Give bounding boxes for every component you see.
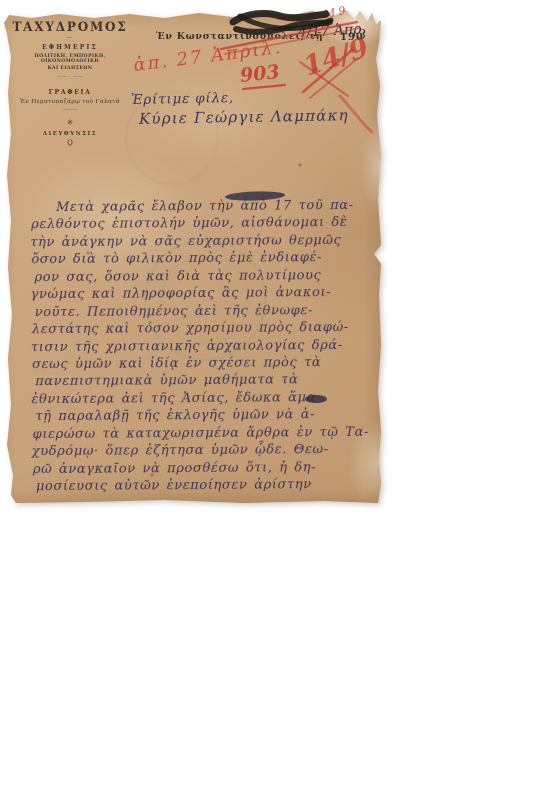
letterhead-koppa-ornament-icon: Ϙ <box>12 139 128 147</box>
handwritten-line: λεστάτης καὶ τόσον χρησίμου πρὸς διαφώ- <box>32 319 377 339</box>
letterhead-ephemeris: ΕΦΗΜΕΡΙΣ <box>12 44 128 51</box>
letterhead-subtitle-2: ΚΑΙ ΕΙΔΗΣΕΩΝ <box>12 66 128 71</box>
handwritten-line: τὴν ἀνάγκην νὰ σᾶς εὐχαριστήσω θερμῶς <box>30 232 376 252</box>
scanned-letter-page: ΤΑΧΥΔΡΟΜΟΣ — ΕΦΗΜΕΡΙΣ ΠΟΛΙΤΙΚΗ, ΕΜΠΟΡΙΚΗ… <box>0 0 549 800</box>
letterhead-subtitle-1: ΠΟΛΙΤΙΚΗ, ΕΜΠΟΡΙΚΗ, ΟΙΚΟΝΟΜΟΛΟΓΙΚΗ <box>12 54 128 64</box>
letterhead: ΤΑΧΥΔΡΟΜΟΣ — ΕΦΗΜΕΡΙΣ ΠΟΛΙΤΙΚΗ, ΕΜΠΟΡΙΚΗ… <box>12 20 128 147</box>
letterhead-offices-address: Ἐν Πεμπτοπαζάρῳ τοῦ Γαλατᾶ <box>12 99 128 105</box>
letterhead-rule: —— · —— <box>12 75 128 80</box>
salutation-line-2: Κύριε Γεώργιε Λαμπάκη <box>139 106 349 128</box>
handwritten-line: τισιν τῆς χριστιανικῆς ἀρχαιολογίας δρά- <box>31 336 377 356</box>
letter-body: Μετὰ χαρᾶς ἔλαβον τὴν ἀπὸ 17 τοῦ πα- ρελ… <box>31 197 378 496</box>
handwritten-line: ρελθόντος ἐπιστολήν ὑμῶν, αἰσθάνομαι δὲ <box>31 214 376 234</box>
handwritten-line: γνώμας καὶ πληροφορίας ἃς μοὶ ἀνακοι- <box>31 284 377 304</box>
handwritten-line: μοσίευσις αὐτῶν ἐνεποίησεν ἀρίστην <box>36 476 378 496</box>
letterhead-title: ΤΑΧΥΔΡΟΜΟΣ <box>12 20 128 35</box>
letterhead-dash: — <box>12 36 128 41</box>
salutation-line-1: Ἐρίτιμε φίλε, <box>131 90 234 108</box>
letterhead-offices-note: ·———· <box>12 108 128 113</box>
red-reply-year: 903 <box>239 61 281 87</box>
handwritten-line: χυδρόμῳ· ὅπερ ἐζήτησα ὑμῶν ᾧδε. Θεω- <box>32 441 378 461</box>
letterhead-ornament-icon: ✳ <box>12 118 128 127</box>
letterhead-director-label: ΔΙΕΥΘΥΝΣΙΣ <box>12 131 128 137</box>
letterhead-offices-label: ΓΡΑΦΕΙΑ <box>12 89 128 96</box>
